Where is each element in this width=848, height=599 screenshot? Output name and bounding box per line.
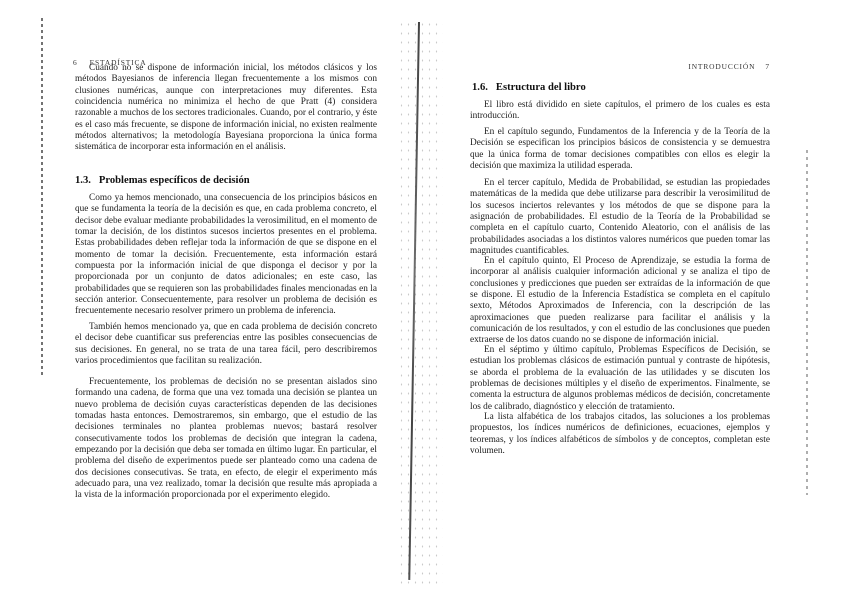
section-number: 1.6.: [472, 82, 488, 93]
paragraph: Como ya hemos mencionado, una consecuenc…: [75, 193, 377, 318]
section-number: 1.3.: [75, 175, 91, 186]
paragraph: Cuando no se dispone de información inic…: [75, 63, 377, 154]
paragraph: En el tercer capítulo, Medida de Probabi…: [470, 178, 770, 257]
page-number: 7: [765, 62, 770, 71]
paragraph: El libro está dividido en siete capítulo…: [470, 100, 770, 123]
gutter-noise: [398, 20, 443, 585]
section-title: Estructura del libro: [496, 82, 586, 93]
section-heading: 1.6.Estructura del libro: [472, 82, 586, 93]
paragraph: También hemos mencionado ya, que en cada…: [75, 322, 377, 367]
right-page-edge: [806, 150, 808, 495]
section-heading: 1.3.Problemas específicos de decisión: [75, 175, 250, 186]
left-page-edge: [41, 18, 43, 378]
paragraph: Frecuentemente, los problemas de decisió…: [75, 377, 377, 502]
running-head-title: INTRODUCCIÓN: [688, 62, 755, 71]
section-title: Problemas específicos de decisión: [99, 175, 250, 186]
right-running-head: INTRODUCCIÓN7: [688, 62, 770, 71]
paragraph: En el séptimo y último capítulo, Problem…: [470, 345, 770, 413]
paragraph: En el capítulo quinto, El Proceso de Apr…: [470, 256, 770, 347]
paragraph: La lista alfabética de los trabajos cita…: [470, 412, 770, 457]
paragraph: En el capítulo segundo, Fundamentos de l…: [470, 127, 770, 172]
